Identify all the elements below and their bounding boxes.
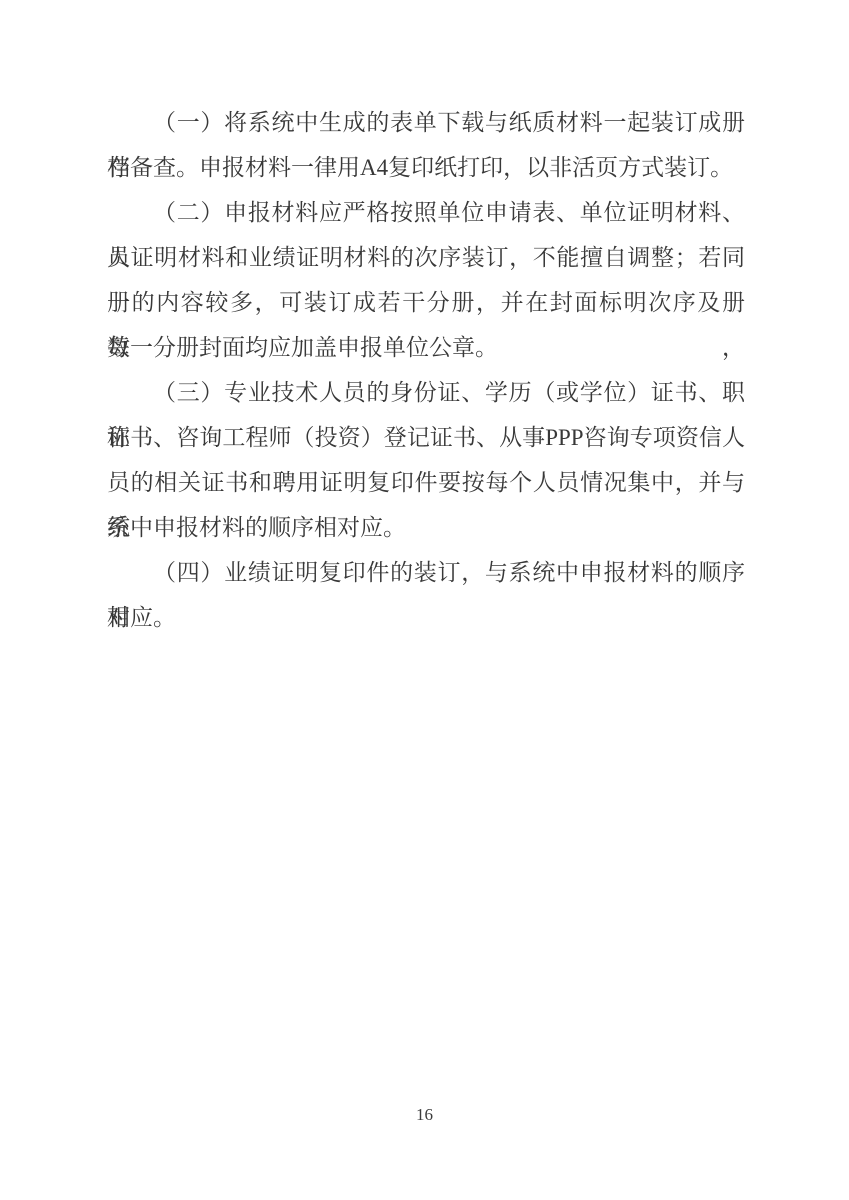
text-line: 档备查。申报材料一律用A4复印纸打印，以非活页方式装订。 [107, 145, 745, 190]
text-line: （四）业绩证明复印件的装订，与系统中申报材料的顺序相 [107, 550, 745, 595]
text-line: 证书、咨询工程师（投资）登记证书、从事PPP咨询专项资信人 [107, 415, 745, 460]
text-line: （三）专业技术人员的身份证、学历（或学位）证书、职称 [107, 370, 745, 415]
text-line: 对应。 [107, 595, 745, 640]
text-line: （二）申报材料应严格按照单位申请表、单位证明材料、人 [107, 190, 745, 235]
text-line: 员证明材料和业绩证明材料的次序装订，不能擅自调整；若同一 [107, 235, 745, 280]
text-line: （一）将系统中生成的表单下载与纸质材料一起装订成册存 [107, 100, 745, 145]
page-number: 16 [0, 1105, 849, 1125]
text-line: 员的相关证书和聘用证明复印件要按每个人员情况集中，并与系 [107, 460, 745, 505]
text-line: 册的内容较多，可装订成若干分册，并在封面标明次序及册数， [107, 280, 745, 325]
document-text: （一）将系统中生成的表单下载与纸质材料一起装订成册存 档备查。申报材料一律用A4… [107, 100, 745, 640]
document-page: （一）将系统中生成的表单下载与纸质材料一起装订成册存 档备查。申报材料一律用A4… [0, 0, 849, 1200]
text-line: 统中申报材料的顺序相对应。 [107, 505, 745, 550]
